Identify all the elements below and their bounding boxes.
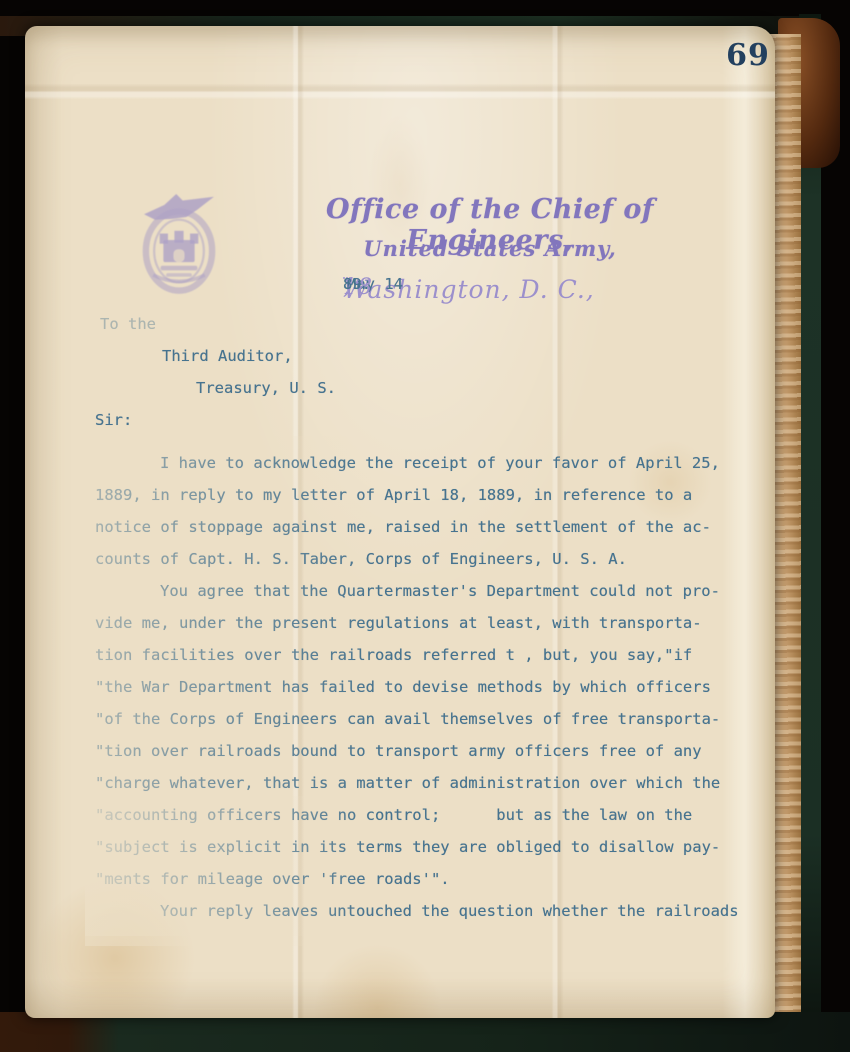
body-line: "of the Corps of Engineers can avail the… (95, 703, 757, 735)
page-number: 69 (713, 38, 783, 73)
letterbook-photo: 69 Office of the Chief of Engineers, Uni… (0, 0, 850, 1052)
dateline-typed-year: 89. (343, 275, 371, 293)
body-line: You agree that the Quartermaster's Depar… (95, 575, 757, 607)
body-line: "accounting officers have no control; bu… (95, 799, 757, 831)
salutation: Sir: (95, 411, 132, 429)
body-line: Your reply leaves untouched the question… (95, 895, 757, 927)
body-line: "ments for mileage over 'free roads'". (95, 863, 757, 895)
body-line: tion facilities over the railroads refer… (95, 639, 757, 671)
body-line: notice of stoppage against me, raised in… (95, 511, 757, 543)
recipient-name: Third Auditor, (162, 347, 293, 365)
body-line: 1889, in reply to my letter of April 18,… (95, 479, 757, 511)
body-line: "tion over railroads bound to transport … (95, 735, 757, 767)
body-line: vide me, under the present regulations a… (95, 607, 757, 639)
body-line: "subject is explicit in its terms they a… (95, 831, 757, 863)
letterhead-army-line: United States Army, (240, 236, 740, 261)
body-line: "charge whatever, that is a matter of ad… (95, 767, 757, 799)
body-lines: I have to acknowledge the receipt of you… (95, 447, 757, 927)
recipient-office: Treasury, U. S. (196, 379, 336, 397)
recipient-to-the: To the (100, 315, 156, 333)
book-cover-bottom-edge (0, 1012, 850, 1052)
body-line: I have to acknowledge the receipt of you… (95, 447, 757, 479)
body-line: "the War Department has failed to devise… (95, 671, 757, 703)
engineers-eagle-stamp-icon (133, 184, 225, 296)
body-line: counts of Capt. H. S. Taber, Corps of En… (95, 543, 757, 575)
letter-page: 69 Office of the Chief of Engineers, Uni… (25, 26, 775, 1018)
